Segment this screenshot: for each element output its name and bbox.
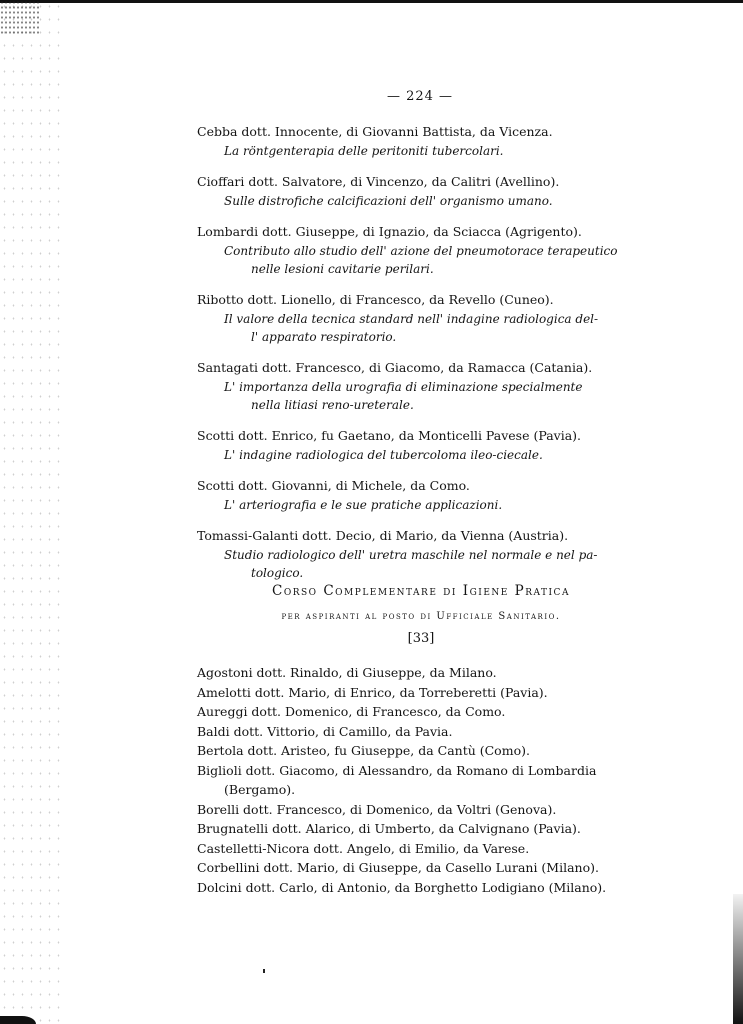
student-entry: Castelletti-Nicora dott. Angelo, di Emil… xyxy=(197,839,647,859)
student-entry: Agostoni dott. Rinaldo, di Giuseppe, da … xyxy=(197,663,647,683)
scan-bottom-left-blot xyxy=(0,1016,36,1024)
page-number: — 224 — xyxy=(380,89,460,104)
student-entry: Borelli dott. Francesco, di Domenico, da… xyxy=(197,800,647,820)
title-line: L' arteriografia e le sue pratiche appli… xyxy=(224,498,502,512)
title-line: L' indagine radiologica del tubercoloma … xyxy=(224,448,543,462)
thesis-entry: Tomassi-Galanti dott. Decio, di Mario, d… xyxy=(197,526,645,582)
student-entry: Baldi dott. Vittorio, di Camillo, da Pav… xyxy=(197,722,647,742)
title-line: Studio radiologico dell' uretra maschile… xyxy=(224,548,597,562)
thesis-list: Cebba dott. Innocente, di Giovanni Batti… xyxy=(197,122,645,594)
author-line: Cioffari dott. Salvatore, di Vincenzo, d… xyxy=(197,172,645,192)
thesis-entry: Santagati dott. Francesco, di Giacomo, d… xyxy=(197,358,645,414)
printer-mark xyxy=(263,969,265,973)
scan-top-border xyxy=(0,0,743,3)
author-line: Ribotto dott. Lionello, di Francesco, da… xyxy=(197,290,645,310)
student-line-continued: (Bergamo). xyxy=(197,780,647,800)
author-line: Santagati dott. Francesco, di Giacomo, d… xyxy=(197,358,645,378)
thesis-entry: Ribotto dott. Lionello, di Francesco, da… xyxy=(197,290,645,346)
section-subheading: per aspiranti al posto di Ufficiale Sani… xyxy=(197,611,645,622)
title-line: La röntgenterapia delle peritoniti tuber… xyxy=(224,144,503,158)
thesis-entry: Cioffari dott. Salvatore, di Vincenzo, d… xyxy=(197,172,645,210)
title-line-continued: nelle lesioni cavitarie perilari. xyxy=(224,260,645,278)
scan-bottom-right-edge xyxy=(733,894,743,1024)
thesis-title: Il valore della tecnica standard nell' i… xyxy=(197,310,645,346)
title-line: Contributo allo studio dell' azione del … xyxy=(224,244,617,258)
title-line: Il valore della tecnica standard nell' i… xyxy=(224,312,598,326)
thesis-entry: Cebba dott. Innocente, di Giovanni Batti… xyxy=(197,122,645,160)
student-entry: Dolcini dott. Carlo, di Antonio, da Borg… xyxy=(197,878,647,898)
thesis-title: L' arteriografia e le sue pratiche appli… xyxy=(197,496,645,514)
title-line-continued: tologico. xyxy=(224,564,645,582)
thesis-title: L' importanza della urografia di elimina… xyxy=(197,378,645,414)
student-entry: Aureggi dott. Domenico, di Francesco, da… xyxy=(197,702,647,722)
student-line: Biglioli dott. Giacomo, di Alessandro, d… xyxy=(197,763,596,778)
thesis-title: Sulle distrofiche calcificazioni dell' o… xyxy=(197,192,645,210)
thesis-entry: Lombardi dott. Giuseppe, di Ignazio, da … xyxy=(197,222,645,278)
scan-left-edge-noise xyxy=(0,0,60,1024)
title-line-continued: nella litiasi reno-ureterale. xyxy=(224,396,645,414)
student-entry: Corbellini dott. Mario, di Giuseppe, da … xyxy=(197,858,647,878)
title-line: Sulle distrofiche calcificazioni dell' o… xyxy=(224,194,553,208)
author-line: Cebba dott. Innocente, di Giovanni Batti… xyxy=(197,122,645,142)
title-line: L' importanza della urografia di elimina… xyxy=(224,380,582,394)
thesis-entry: Scotti dott. Giovanni, di Michele, da Co… xyxy=(197,476,645,514)
thesis-entry: Scotti dott. Enrico, fu Gaetano, da Mont… xyxy=(197,426,645,464)
student-entry: Amelotti dott. Mario, di Enrico, da Torr… xyxy=(197,683,647,703)
section-count: [33] xyxy=(197,631,645,646)
student-list: Agostoni dott. Rinaldo, di Giuseppe, da … xyxy=(197,663,647,897)
section-heading: Corso Complementare di Igiene Pratica xyxy=(197,583,645,599)
scan-corner-noise xyxy=(0,0,40,35)
thesis-title: La röntgenterapia delle peritoniti tuber… xyxy=(197,142,645,160)
student-entry: Brugnatelli dott. Alarico, di Umberto, d… xyxy=(197,819,647,839)
student-entry: Bertola dott. Aristeo, fu Giuseppe, da C… xyxy=(197,741,647,761)
author-line: Tomassi-Galanti dott. Decio, di Mario, d… xyxy=(197,526,645,546)
author-line: Lombardi dott. Giuseppe, di Ignazio, da … xyxy=(197,222,645,242)
thesis-title: L' indagine radiologica del tubercoloma … xyxy=(197,446,645,464)
author-line: Scotti dott. Enrico, fu Gaetano, da Mont… xyxy=(197,426,645,446)
thesis-title: Studio radiologico dell' uretra maschile… xyxy=(197,546,645,582)
student-entry: Biglioli dott. Giacomo, di Alessandro, d… xyxy=(197,761,647,800)
author-line: Scotti dott. Giovanni, di Michele, da Co… xyxy=(197,476,645,496)
title-line-continued: l' apparato respiratorio. xyxy=(224,328,645,346)
thesis-title: Contributo allo studio dell' azione del … xyxy=(197,242,645,278)
